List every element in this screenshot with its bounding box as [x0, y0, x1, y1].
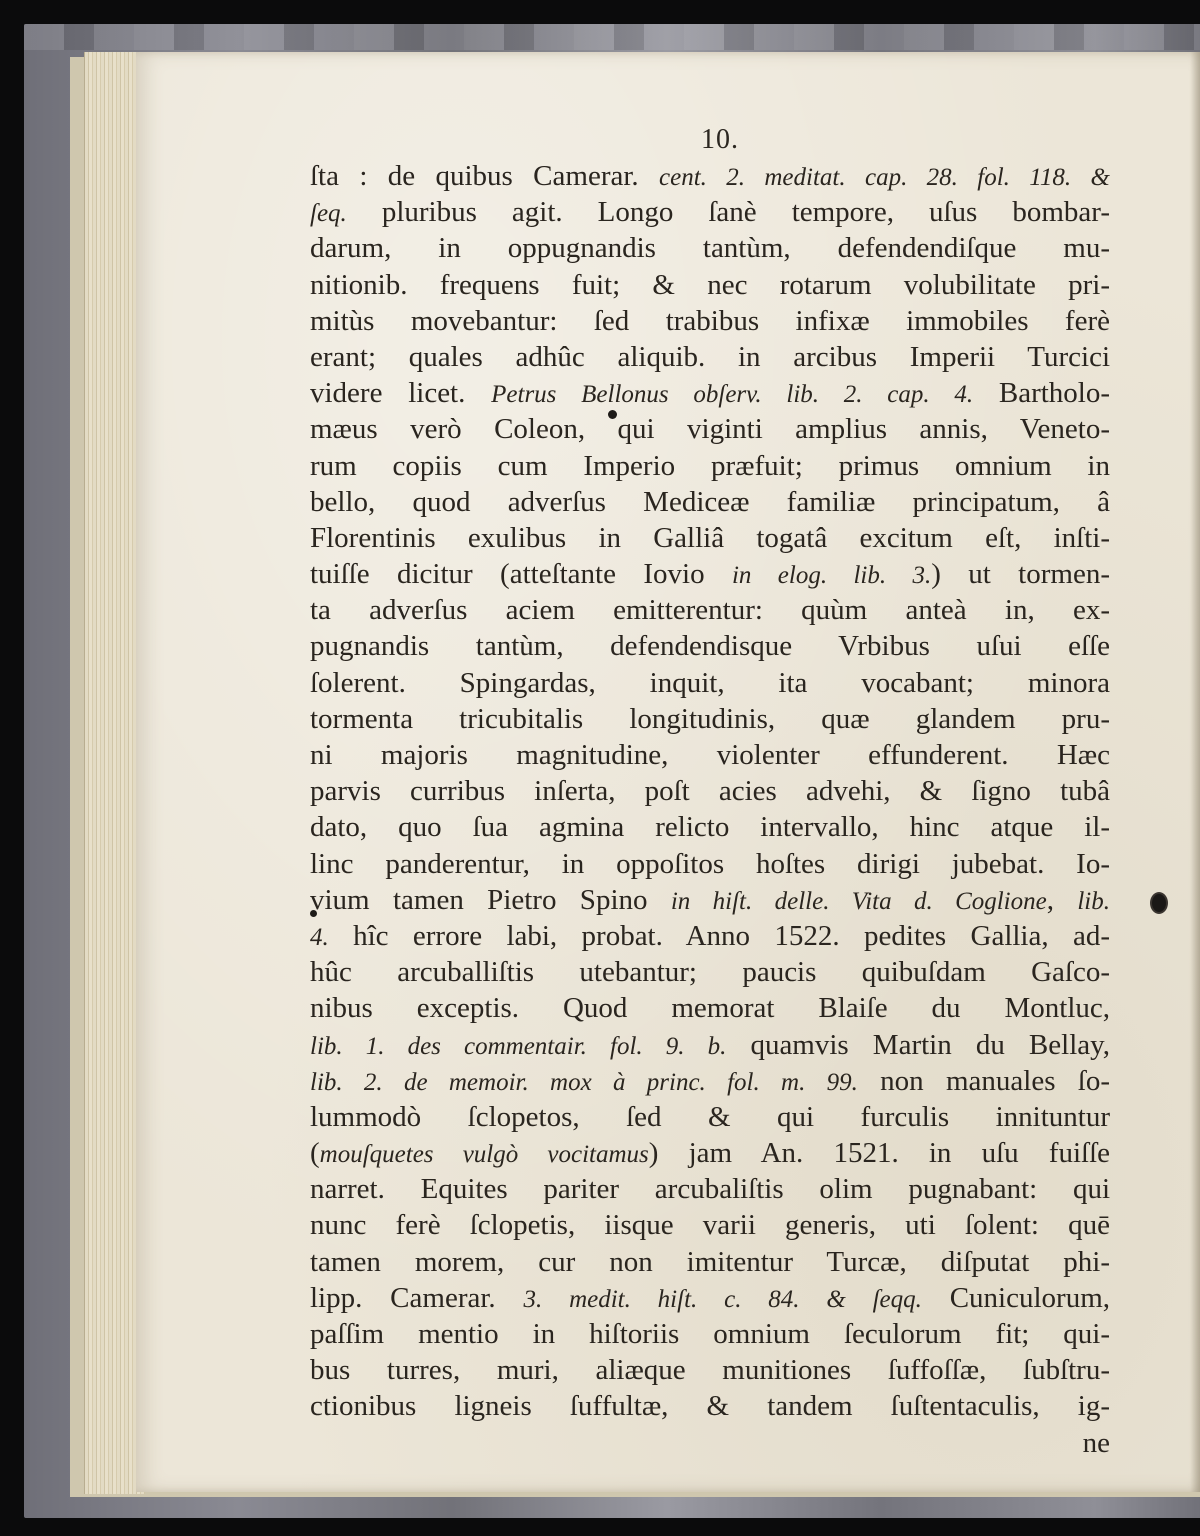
- italic-citation: in elog. lib. 3.: [732, 562, 931, 589]
- text-run: ſolerent. Spingardas, inquit, ita vocaba…: [310, 667, 1110, 699]
- italic-citation: lib.: [1077, 888, 1110, 915]
- text-run: pluribus agit. Longo ſanè tempore, uſus …: [347, 196, 1110, 228]
- italic-citation: lib. 2. de memoir. mox à princ. fol. m. …: [310, 1069, 858, 1096]
- text-run: ta adverſus aciem emitterentur: quùm ant…: [310, 594, 1110, 626]
- text-run: lummodò ſclopetos, ſed & qui furculis in…: [310, 1101, 1110, 1133]
- text-run: ſta : de quibus Camerar.: [310, 160, 659, 192]
- text-run: hûc arcuballiſtis utebantur; paucis quib…: [310, 956, 1110, 988]
- text-run: nibus exceptis. Quod memorat Blaiſe du M…: [310, 992, 1110, 1024]
- text-line: bello, quod adverſus Mediceæ familiæ pri…: [310, 484, 1110, 520]
- body-text: ſta : de quibus Camerar. cent. 2. medita…: [310, 158, 1110, 1461]
- text-line: ſeq. pluribus agit. Longo ſanè tempore, …: [310, 194, 1110, 230]
- margin-dot-mark: [310, 910, 317, 917]
- text-line: ſolerent. Spingardas, inquit, ita vocaba…: [310, 665, 1110, 701]
- text-run: linc panderentur, in oppoſitos hoſtes di…: [310, 848, 1110, 880]
- text-run: bus turres, muri, aliæque munitiones ſuf…: [310, 1354, 1110, 1386]
- text-line: lib. 1. des commentair. fol. 9. b. quamv…: [310, 1027, 1110, 1063]
- text-run: ) jam An. 1521. in uſu fuiſſe: [649, 1137, 1110, 1169]
- text-line: ſta : de quibus Camerar. cent. 2. medita…: [310, 158, 1110, 194]
- text-line: hûc arcuballiſtis utebantur; paucis quib…: [310, 954, 1110, 990]
- text-line: ta adverſus aciem emitterentur: quùm ant…: [310, 592, 1110, 628]
- text-line: mitùs movebantur: ſed trabibus infixæ im…: [310, 303, 1110, 339]
- text-line: nitionib. frequens fuit; & nec rotarum v…: [310, 267, 1110, 303]
- text-run: Florentinis exulibus in Galliâ togatâ ex…: [310, 522, 1110, 554]
- italic-citation: 3. medit. hiſt. c. 84. & ſeqq.: [524, 1286, 922, 1313]
- text-line: ctionibus ligneis ſuffultæ, & tandem ſuſ…: [310, 1388, 1110, 1424]
- text-run: ni majoris magnitudine, violenter effund…: [310, 739, 1110, 771]
- text-line: narret. Equites pariter arcubaliſtis oli…: [310, 1171, 1110, 1207]
- text-run: (: [310, 1137, 320, 1169]
- text-line: lipp. Camerar. 3. medit. hiſt. c. 84. & …: [310, 1280, 1110, 1316]
- text-line: (mouſquetes vulgò vocitamus) jam An. 152…: [310, 1135, 1110, 1171]
- text-run: non manuales ſo-: [858, 1065, 1110, 1097]
- italic-citation: 4.: [310, 924, 329, 951]
- text-run: nunc ferè ſclopetis, iisque varii generi…: [310, 1209, 1110, 1241]
- text-run: quamvis Martin du Bellay,: [726, 1029, 1110, 1061]
- text-run: ,: [1047, 884, 1078, 916]
- text-run: tamen morem, cur non imitentur Turcæ, di…: [310, 1246, 1110, 1278]
- page-gutter-shadow: [1190, 52, 1200, 1492]
- text-run: lipp. Camerar.: [310, 1282, 524, 1314]
- text-run: narret. Equites pariter arcubaliſtis oli…: [310, 1173, 1110, 1205]
- italic-citation: ſeq.: [310, 200, 347, 227]
- catchword: ne: [310, 1425, 1110, 1461]
- text-line: darum, in oppugnandis tantùm, defendendi…: [310, 230, 1110, 266]
- text-run: Bartholo-: [973, 377, 1110, 409]
- text-line: erant; quales adhûc aliquib. in arcibus …: [310, 339, 1110, 375]
- text-line: tuiſſe dicitur (atteſtante Iovio in elog…: [310, 556, 1110, 592]
- text-line: videre licet. Petrus Bellonus obſerv. li…: [310, 375, 1110, 411]
- text-run: mæus verò Coleon, qui viginti amplius an…: [310, 413, 1110, 445]
- text-line: linc panderentur, in oppoſitos hoſtes di…: [310, 846, 1110, 882]
- text-run: mitùs movebantur: ſed trabibus infixæ im…: [310, 305, 1110, 337]
- text-run: ) ut tormen-: [931, 558, 1110, 590]
- page-number: 10.: [701, 124, 739, 156]
- ink-dot-mark: [608, 410, 617, 419]
- text-line: tormenta tricubitalis longitudinis, quæ …: [310, 701, 1110, 737]
- text-line: mæus verò Coleon, qui viginti amplius an…: [310, 411, 1110, 447]
- italic-citation: cent. 2. meditat. cap. 28. fol. 118. &: [659, 164, 1110, 191]
- text-line: nunc ferè ſclopetis, iisque varii generi…: [310, 1207, 1110, 1243]
- text-run: hîc errore labi, probat. Anno 1522. pedi…: [329, 920, 1110, 952]
- text-run: ctionibus ligneis ſuffultæ, & tandem ſuſ…: [310, 1390, 1110, 1422]
- text-run: tormenta tricubitalis longitudinis, quæ …: [310, 703, 1110, 735]
- text-run: paſſim mentio in hiſtoriis omnium ſeculo…: [310, 1318, 1110, 1350]
- text-line: pugnandis tantùm, defendendisque Vrbibus…: [310, 628, 1110, 664]
- text-run: dato, quo ſua agmina relicto intervallo,…: [310, 811, 1110, 843]
- text-line: nibus exceptis. Quod memorat Blaiſe du M…: [310, 990, 1110, 1026]
- text-run: rum copiis cum Imperio præfuit; primus o…: [310, 450, 1110, 482]
- text-line: ni majoris magnitudine, violenter effund…: [310, 737, 1110, 773]
- text-line: parvis curribus inſerta, poſt acies adve…: [310, 773, 1110, 809]
- text-run: Cuniculorum,: [922, 1282, 1110, 1314]
- text-line: bus turres, muri, aliæque munitiones ſuf…: [310, 1352, 1110, 1388]
- text-line: Florentinis exulibus in Galliâ togatâ ex…: [310, 520, 1110, 556]
- text-run: pugnandis tantùm, defendendisque Vrbibus…: [310, 630, 1110, 662]
- text-run: erant; quales adhûc aliquib. in arcibus …: [310, 341, 1110, 373]
- text-line: lummodò ſclopetos, ſed & qui furculis in…: [310, 1099, 1110, 1135]
- text-line: paſſim mentio in hiſtoriis omnium ſeculo…: [310, 1316, 1110, 1352]
- italic-citation: Petrus Bellonus obſerv. lib. 2. cap. 4.: [491, 381, 973, 408]
- text-run: tuiſſe dicitur (atteſtante Iovio: [310, 558, 732, 590]
- text-line: lib. 2. de memoir. mox à princ. fol. m. …: [310, 1063, 1110, 1099]
- text-line: rum copiis cum Imperio præfuit; primus o…: [310, 448, 1110, 484]
- italic-citation: mouſquetes vulgò vocitamus: [320, 1141, 649, 1168]
- text-line: tamen morem, cur non imitentur Turcæ, di…: [310, 1244, 1110, 1280]
- text-line: 4. hîc errore labi, probat. Anno 1522. p…: [310, 918, 1110, 954]
- italic-citation: in hiſt. delle. Vita d. Coglione: [671, 888, 1047, 915]
- text-run: vium tamen Pietro Spino: [310, 884, 671, 916]
- text-run: darum, in oppugnandis tantùm, defendendi…: [310, 232, 1110, 264]
- text-line: vium tamen Pietro Spino in hiſt. delle. …: [310, 882, 1110, 918]
- text-run: bello, quod adverſus Mediceæ familiæ pri…: [310, 486, 1110, 518]
- text-line: dato, quo ſua agmina relicto intervallo,…: [310, 809, 1110, 845]
- text-run: nitionib. frequens fuit; & nec rotarum v…: [310, 269, 1110, 301]
- book-page: 10. ſta : de quibus Camerar. cent. 2. me…: [136, 52, 1200, 1492]
- paper-blemish: [1150, 892, 1168, 914]
- italic-citation: lib. 1. des commentair. fol. 9. b.: [310, 1033, 726, 1060]
- text-run: videre licet.: [310, 377, 491, 409]
- text-run: parvis curribus inſerta, poſt acies adve…: [310, 775, 1110, 807]
